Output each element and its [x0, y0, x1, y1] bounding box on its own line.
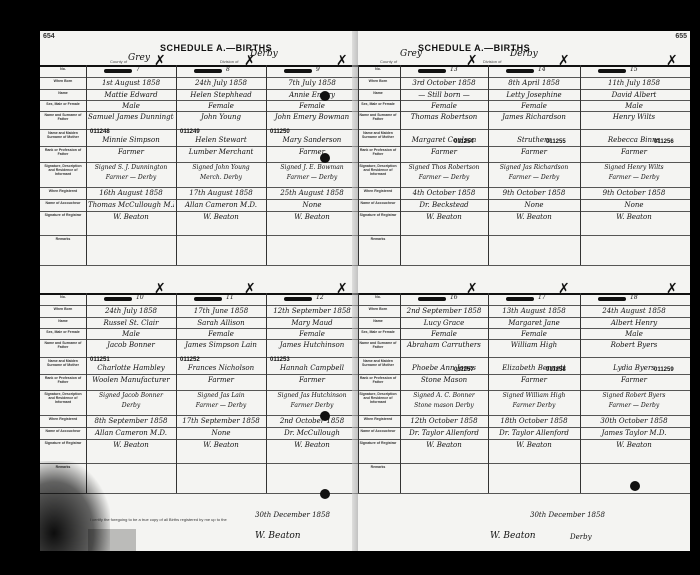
rule-line — [358, 317, 690, 318]
certification-date-right: 30th December 1858 — [530, 511, 605, 519]
row-label: Signature, Description and Residence of … — [358, 164, 398, 176]
entry-informant-1: Signed Jacob Bonner — [88, 392, 174, 400]
rule-line — [358, 199, 690, 200]
entry-name: Annie Emery — [268, 91, 356, 99]
redaction-bar — [598, 297, 626, 301]
entry-born: 12th September 1858 — [268, 307, 356, 315]
redaction-bar — [598, 69, 626, 73]
row-label: Name of Accoucheur — [42, 429, 84, 433]
entry-name: Lucy Grace — [402, 319, 486, 327]
row-label: No. — [42, 67, 84, 71]
row-label: Remarks — [358, 465, 398, 469]
rule-line — [40, 317, 358, 318]
rule-line — [40, 265, 358, 266]
rule-line — [40, 100, 358, 101]
tally-mark-icon: ✗ — [154, 281, 166, 297]
row-label: Signature of Registrar — [358, 213, 398, 217]
entry-born: 24th July 1858 — [178, 79, 264, 87]
entry-registrar: W. Beaton — [178, 441, 264, 449]
entry-registered: 18th October 1858 — [490, 417, 578, 425]
entry-name: Mary Maud — [268, 319, 356, 327]
rule-line — [358, 493, 690, 494]
registration-number: 011257 — [454, 367, 474, 373]
entry-number: 16 — [450, 294, 458, 301]
registration-number: 011252 — [180, 357, 200, 363]
entry-accoucheur: Allan Cameron M.D. — [178, 201, 264, 209]
row-label: When Registered — [358, 189, 398, 193]
rule-line — [358, 415, 690, 416]
rule-line — [358, 339, 690, 340]
rule-line — [40, 146, 358, 147]
row-label: When Born — [358, 307, 398, 311]
rule-line — [40, 235, 358, 236]
entry-registered: 17th August 1858 — [178, 189, 264, 197]
rule-line — [40, 111, 358, 112]
rule-line — [358, 293, 690, 295]
rule-line — [358, 357, 690, 358]
entry-registered: 17th September 1858 — [178, 417, 264, 425]
row-label: Name of Accoucheur — [358, 201, 398, 205]
entry-father: Thomas Robertson — [402, 113, 486, 121]
entry-father: John Emery Bowman — [268, 113, 356, 121]
redaction-bar — [104, 297, 132, 301]
row-label: Signature, Description and Residence of … — [42, 164, 84, 176]
rule-line — [40, 89, 358, 90]
entry-sex: Female — [268, 330, 356, 338]
row-label: When Registered — [358, 417, 398, 421]
entry-accoucheur: Dr. Taylor Allenford — [490, 429, 578, 437]
entry-registered: 8th September 1858 — [88, 417, 174, 425]
county-label-left: County of — [110, 59, 127, 64]
entry-accoucheur: Allan Cameron M.D. — [88, 429, 174, 437]
entry-sex: Female — [402, 102, 486, 110]
entry-rank: Farmer — [490, 376, 578, 384]
entry-born: 11th July 1858 — [582, 79, 686, 87]
column-rule — [86, 65, 87, 265]
entry-number: 10 — [136, 294, 144, 301]
entry-accoucheur: Dr. McCullough — [268, 429, 356, 437]
tally-mark-icon: ✗ — [558, 53, 570, 69]
entry-informant-2: Farmer — Derby — [402, 174, 486, 182]
entry-accoucheur: None — [178, 429, 264, 437]
rule-line — [358, 129, 690, 130]
row-label: Remarks — [358, 237, 398, 241]
registration-number: 011248 — [90, 129, 110, 135]
entry-informant-1: Signed S. J. Dunnington — [88, 164, 174, 172]
certification-place-right: Derby — [570, 533, 592, 541]
entry-registrar: W. Beaton — [490, 213, 578, 221]
row-label: Name and Maiden Surname of Mother — [42, 131, 84, 139]
row-label: Sex, Male or Female — [42, 330, 84, 334]
tally-mark-icon: ✗ — [558, 281, 570, 297]
registration-number: 011254 — [454, 139, 474, 145]
tally-mark-icon: ✗ — [466, 281, 478, 297]
rule-line — [40, 427, 358, 428]
rule-line — [40, 77, 358, 78]
rule-line — [40, 390, 358, 391]
column-rule — [488, 293, 489, 493]
entry-sex: Female — [178, 102, 264, 110]
rule-line — [40, 328, 358, 329]
entry-born: 8th April 1858 — [490, 79, 578, 87]
row-label: When Registered — [42, 189, 84, 193]
entry-sex: Male — [88, 102, 174, 110]
rule-line — [358, 328, 690, 329]
entry-registrar: W. Beaton — [582, 441, 686, 449]
row-label: Signature of Registrar — [42, 441, 84, 445]
rule-line — [40, 439, 358, 440]
register-spread: 654 SCHEDULE A.—BIRTHS County of Grey Di… — [40, 31, 690, 551]
redaction-bar — [506, 297, 534, 301]
rule-line — [40, 339, 358, 340]
column-rule — [400, 65, 401, 265]
row-label: Rank or Profession of Father — [358, 376, 398, 384]
certification-signature-left: W. Beaton — [255, 531, 301, 541]
row-label: Remarks — [42, 237, 84, 241]
entry-registered: 4th October 1858 — [402, 189, 486, 197]
entry-father: Henry Wilts — [582, 113, 686, 121]
county-label-right: County of — [380, 59, 397, 64]
row-label: Sex, Male or Female — [42, 102, 84, 106]
rule-line — [358, 265, 690, 266]
row-label: Rank or Profession of Father — [358, 148, 398, 156]
row-label: Rank or Profession of Father — [42, 148, 84, 156]
row-label: Sex, Male or Female — [358, 102, 398, 106]
column-rule — [266, 293, 267, 493]
row-label: Name and Surname of Father — [42, 341, 84, 349]
registration-number: 011256 — [654, 139, 674, 145]
entry-born: 17th June 1858 — [178, 307, 264, 315]
rule-line — [40, 415, 358, 416]
entry-rank: Farmer — [402, 148, 486, 156]
entry-informant-2: Farmer — Derby — [582, 402, 686, 410]
entry-number: 14 — [538, 66, 546, 73]
tally-mark-icon: ✗ — [666, 53, 678, 69]
entry-mother: Minnie Simpson — [88, 136, 174, 144]
entry-number: 12 — [316, 294, 324, 301]
entry-informant-1: Signed A. C. Bonner — [402, 392, 486, 400]
row-label: When Registered — [42, 417, 84, 421]
entry-sex: Male — [88, 330, 174, 338]
row-label: Name — [42, 91, 84, 95]
entry-rank: Farmer — [268, 376, 356, 384]
entry-informant-2: Farmer — Derby — [490, 174, 578, 182]
entry-father: James Richardson — [490, 113, 578, 121]
redaction-bar — [418, 69, 446, 73]
registration-number: 011250 — [270, 129, 290, 135]
entry-informant-2: Farmer — Derby — [268, 174, 356, 182]
rule-line — [40, 305, 358, 306]
entry-rank: Stone Mason — [402, 376, 486, 384]
entry-rank: Farmer — [268, 148, 356, 156]
entry-name: Margaret Jane — [490, 319, 578, 327]
entry-accoucheur: James Taylor M.D. — [582, 429, 686, 437]
row-label: When Born — [42, 79, 84, 83]
entry-father: Jacob Bonner — [88, 341, 174, 349]
entry-name: Mattie Edward — [88, 91, 174, 99]
entry-registrar: W. Beaton — [268, 213, 356, 221]
tally-mark-icon: ✗ — [666, 281, 678, 297]
rule-line — [358, 211, 690, 212]
entry-number: 9 — [316, 66, 320, 73]
row-label: Name — [358, 91, 398, 95]
entry-rank: Lumber Merchant — [178, 148, 264, 156]
entry-informant-1: Signed Jas Hutchinson — [268, 392, 356, 400]
entry-registrar: W. Beaton — [268, 441, 356, 449]
entry-number: 17 — [538, 294, 546, 301]
entry-registered: 25th August 1858 — [268, 189, 356, 197]
column-rule — [580, 293, 581, 493]
entry-name: — Still born — — [402, 91, 486, 99]
entry-name: David Albert — [582, 91, 686, 99]
entry-rank: Farmer — [178, 376, 264, 384]
entry-informant-2: Farmer — Derby — [582, 174, 686, 182]
entry-registered: 16th August 1858 — [88, 189, 174, 197]
entry-mother: Hannah Campbell — [268, 364, 356, 372]
entry-father: Abraham Carruthers — [402, 341, 486, 349]
rule-line — [358, 162, 690, 163]
row-label: Signature of Registrar — [42, 213, 84, 217]
entry-registered: 9th October 1858 — [490, 189, 578, 197]
entry-sex: Female — [490, 330, 578, 338]
entry-registrar: W. Beaton — [178, 213, 264, 221]
entry-informant-2: Farmer — Derby — [178, 402, 264, 410]
column-rule — [488, 65, 489, 265]
rule-line — [358, 439, 690, 440]
rule-line — [358, 187, 690, 188]
redaction-bar — [104, 69, 132, 73]
entry-sex: Male — [582, 102, 686, 110]
rule-line — [358, 374, 690, 375]
division-value-right: Derby — [510, 49, 538, 59]
entry-number: 15 — [630, 66, 638, 73]
entry-born: 24th August 1858 — [582, 307, 686, 315]
entry-registrar: W. Beaton — [88, 213, 174, 221]
entry-informant-2: Farmer Derby — [268, 402, 356, 410]
row-label: Name and Surname of Father — [358, 113, 398, 121]
entry-father: Samuel James Dunnington — [88, 113, 174, 121]
entry-born: 24th July 1858 — [88, 307, 174, 315]
tally-mark-icon: ✗ — [466, 53, 478, 69]
rule-line — [358, 427, 690, 428]
rule-line — [358, 463, 690, 464]
certification-signature-right: W. Beaton — [490, 531, 536, 541]
row-label: Name — [358, 319, 398, 323]
row-label: No. — [358, 295, 398, 299]
page-number-right: 655 — [675, 33, 687, 40]
row-label: Name of Accoucheur — [358, 429, 398, 433]
right-page: 655 SCHEDULE A.—BIRTHS County of Grey Di… — [358, 31, 690, 551]
rule-line — [40, 199, 358, 200]
entry-father: Robert Byers — [582, 341, 686, 349]
row-label: No. — [42, 295, 84, 299]
redaction-bar — [194, 297, 222, 301]
rule-line — [40, 162, 358, 163]
row-label: Name — [42, 319, 84, 323]
entry-name: Helen Stephhead — [178, 91, 264, 99]
entry-name: Albert Henry — [582, 319, 686, 327]
entry-sex: Male — [582, 330, 686, 338]
division-label-right: Division of — [483, 59, 501, 64]
entry-born: 7th July 1858 — [268, 79, 356, 87]
column-rule — [580, 65, 581, 265]
entry-father: John Young — [178, 113, 264, 121]
redaction-bar — [506, 69, 534, 73]
row-label: Signature, Description and Residence of … — [358, 392, 398, 404]
entry-registered: 30th October 1858 — [582, 417, 686, 425]
entry-born: 13th August 1858 — [490, 307, 578, 315]
entry-mother: Frances Nicholson — [178, 364, 264, 372]
entry-mother: Mary Sanderson — [268, 136, 356, 144]
entry-informant-1: Signed Jas Lain — [178, 392, 264, 400]
entry-name: Russel St. Clair — [88, 319, 174, 327]
tally-mark-icon: ✗ — [244, 281, 256, 297]
entry-informant-1: Signed William High — [490, 392, 578, 400]
entry-registrar: W. Beaton — [402, 213, 486, 221]
entry-born: 3rd October 1858 — [402, 79, 486, 87]
entry-accoucheur: Dr. Taylor Allenford — [402, 429, 486, 437]
row-label: Signature of Registrar — [358, 441, 398, 445]
entry-rank: Farmer — [582, 376, 686, 384]
entry-number: 8 — [226, 66, 230, 73]
entry-sex: Female — [268, 102, 356, 110]
registration-number: 011259 — [654, 367, 674, 373]
binding-hole — [320, 91, 330, 101]
rule-line — [358, 89, 690, 90]
row-label: When Born — [358, 79, 398, 83]
entry-sex: Female — [490, 102, 578, 110]
entry-informant-1: Signed Thos Robertson — [402, 164, 486, 172]
county-value-right: Grey — [400, 49, 422, 59]
division-label-left: Division of — [220, 59, 238, 64]
entry-number: 7 — [136, 66, 140, 73]
entry-informant-1: Signed Henry Wilts — [582, 164, 686, 172]
row-label: Name and Maiden Surname of Mother — [358, 359, 398, 367]
page-number-left: 654 — [43, 33, 55, 40]
entry-registrar: W. Beaton — [402, 441, 486, 449]
entry-accoucheur: None — [582, 201, 686, 209]
entry-rank: Farmer — [490, 148, 578, 156]
column-rule — [400, 293, 401, 493]
entry-name: Sarah Allison — [178, 319, 264, 327]
entry-name: Letty Josephine — [490, 91, 578, 99]
redaction-bar — [284, 69, 312, 73]
entry-number: 11 — [226, 294, 234, 301]
entry-accoucheur: Thomas McCullough M.D. — [88, 201, 174, 209]
entry-father: James Hutchinson — [268, 341, 356, 349]
entry-informant-1: Signed John Young — [178, 164, 264, 172]
binding-hole — [630, 481, 640, 491]
tally-mark-icon: ✗ — [154, 53, 166, 69]
entry-informant-1: Signed Jas Richardson — [490, 164, 578, 172]
rule-line — [40, 65, 358, 67]
entry-informant-2: Stone mason Derby — [402, 402, 486, 410]
rule-line — [358, 235, 690, 236]
entry-informant-2: Merch. Derby — [178, 174, 264, 182]
binding-hole — [320, 489, 330, 499]
entry-registrar: W. Beaton — [490, 441, 578, 449]
scan-shadow — [40, 461, 110, 551]
entry-registrar: W. Beaton — [88, 441, 174, 449]
binding-hole — [320, 411, 330, 421]
entry-number: 13 — [450, 66, 458, 73]
rule-line — [40, 187, 358, 188]
entry-informant-1: Signed J. E. Bowman — [268, 164, 356, 172]
county-value-left: Grey — [128, 53, 150, 63]
row-label: Sex, Male or Female — [358, 330, 398, 334]
row-label: When Born — [42, 307, 84, 311]
tally-mark-icon: ✗ — [336, 281, 348, 297]
entry-registered: 2nd October 1858 — [268, 417, 356, 425]
column-rule — [176, 65, 177, 265]
column-rule — [176, 293, 177, 493]
registration-number: 011253 — [270, 357, 290, 363]
binding-hole — [320, 153, 330, 163]
rule-line — [358, 305, 690, 306]
rule-line — [358, 77, 690, 78]
row-label: Name and Maiden Surname of Mother — [42, 359, 84, 367]
entry-registrar: W. Beaton — [582, 213, 686, 221]
rule-line — [40, 293, 358, 295]
registration-number: 011249 — [180, 129, 200, 135]
entry-sex: Female — [178, 330, 264, 338]
entry-accoucheur: Dr. Beckstead — [402, 201, 486, 209]
entry-father: William High — [490, 341, 578, 349]
entry-born: 1st August 1858 — [88, 79, 174, 87]
rule-line — [40, 211, 358, 212]
row-label: Name and Surname of Father — [358, 341, 398, 349]
entry-rank: Farmer — [88, 148, 174, 156]
row-label: Signature, Description and Residence of … — [42, 392, 84, 404]
entry-born: 2nd September 1858 — [402, 307, 486, 315]
row-label: Name of Accoucheur — [42, 201, 84, 205]
entry-informant-1: Signed Robert Byers — [582, 392, 686, 400]
entry-accoucheur: None — [268, 201, 356, 209]
redaction-bar — [284, 297, 312, 301]
entry-informant-2: Derby — [88, 402, 174, 410]
column-rule — [266, 65, 267, 265]
entry-sex: Female — [402, 330, 486, 338]
entry-registered: 12th October 1858 — [402, 417, 486, 425]
entry-mother: Charlotte Hambley — [88, 364, 174, 372]
entry-number: 18 — [630, 294, 638, 301]
registration-number: 011251 — [90, 357, 110, 363]
registration-number: 011258 — [546, 367, 566, 373]
entry-mother: Helen Stewart — [178, 136, 264, 144]
redaction-bar — [194, 69, 222, 73]
rule-line — [358, 111, 690, 112]
row-label: Rank or Profession of Father — [42, 376, 84, 384]
entry-father: James Simpson Lain — [178, 341, 264, 349]
entry-rank: Farmer — [582, 148, 686, 156]
registration-number: 011255 — [546, 139, 566, 145]
entry-accoucheur: None — [490, 201, 578, 209]
tally-mark-icon: ✗ — [244, 53, 256, 69]
rule-line — [358, 100, 690, 101]
row-label: No. — [358, 67, 398, 71]
rule-line — [358, 65, 690, 67]
entry-informant-2: Farmer Derby — [490, 402, 578, 410]
entry-registered: 9th October 1858 — [582, 189, 686, 197]
entry-informant-2: Farmer — Derby — [88, 174, 174, 182]
row-label: Name and Surname of Father — [42, 113, 84, 121]
entry-rank: Woolen Manufacturer — [88, 376, 174, 384]
certification-date-left: 30th December 1858 — [255, 511, 330, 519]
tally-mark-icon: ✗ — [336, 53, 348, 69]
redaction-bar — [418, 297, 446, 301]
rule-line — [358, 390, 690, 391]
row-label: Name and Maiden Surname of Mother — [358, 131, 398, 139]
